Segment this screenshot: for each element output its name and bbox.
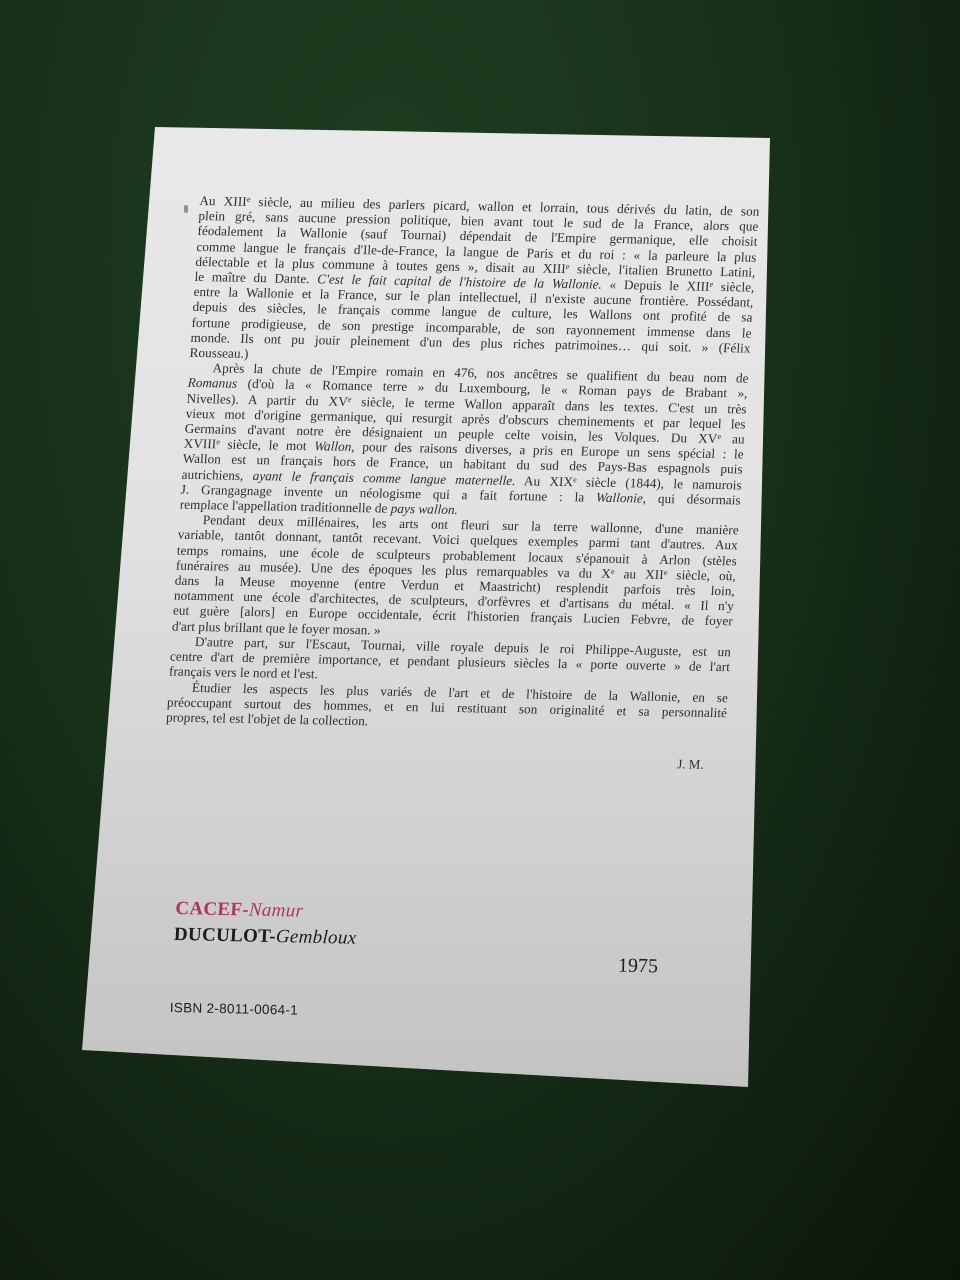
duculot-name: DUCULOT- — [173, 924, 276, 947]
book-back-cover: Au XIIIe siècle, au milieu des parlers p… — [0, 0, 960, 1280]
duculot-city: Gembloux — [275, 926, 357, 949]
publisher-cacef: CACEF-Namur — [175, 898, 359, 924]
isbn: ISBN 2-8011-0064-1 — [170, 1000, 299, 1018]
paragraph: Étudier les aspects les plus variés de l… — [166, 679, 729, 735]
blurb-text: Au XIIIe siècle, au milieu des parlers p… — [163, 193, 760, 773]
cacef-city: Namur — [248, 900, 303, 922]
paragraph: Après la chute de l'Empire romain en 476… — [179, 360, 749, 523]
paragraph: Pendant deux millénaires, les arts ont f… — [172, 512, 740, 644]
publisher-duculot: DUCULOT-Gembloux — [173, 924, 357, 950]
publication-year: 1975 — [618, 955, 658, 979]
cacef-name: CACEF- — [175, 898, 250, 921]
blurb-paragraphs: Au XIIIe siècle, au milieu des parlers p… — [166, 193, 760, 735]
signature: J. M. — [163, 747, 724, 774]
paragraph: Au XIIIe siècle, au milieu des parlers p… — [189, 193, 760, 371]
paper-speck — [184, 205, 188, 213]
publisher-block: CACEF-Namur DUCULOT-Gembloux — [173, 898, 358, 950]
